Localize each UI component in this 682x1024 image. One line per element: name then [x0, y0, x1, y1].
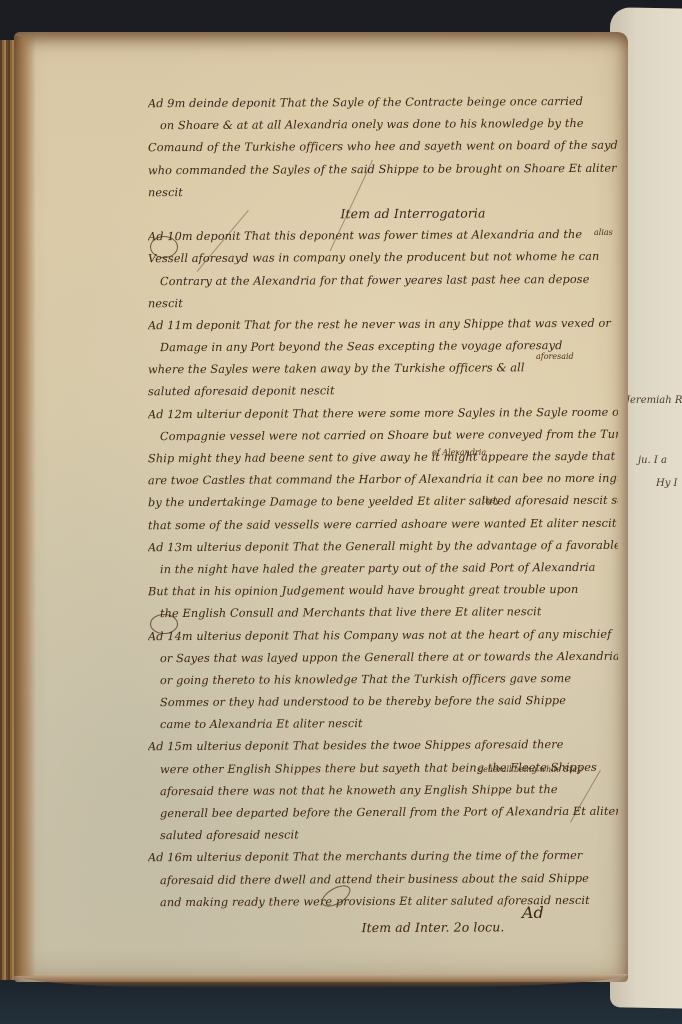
manuscript-text: Ad 9m deinde deponit That the Sayle of t… [148, 92, 618, 939]
text-line: Ad 10m deponit That this deponent was fo… [148, 224, 618, 249]
text-line: Vessell aforesayd was in company onely t… [148, 246, 618, 271]
closing-heading: Item ad Inter. 2o locu. [148, 916, 618, 941]
text-line: Compagnie vessel were not carried on Sho… [148, 424, 618, 449]
facing-page-note: Hy I [656, 478, 678, 489]
text-line: and making ready there were provisions E… [148, 890, 618, 915]
text-line: the English Consull and Merchants that l… [148, 601, 618, 626]
interlinear-note: aforesaid [536, 352, 574, 361]
section-heading: Item ad Interrogatoria [148, 202, 618, 227]
text-line: who commanded the Sayles of the said Shi… [148, 157, 618, 182]
interlinear-note: alias [594, 228, 613, 237]
text-line: Ad 13m ulterius deponit That the General… [148, 535, 618, 560]
text-line: Ad 15m ulterius deponit That besides the… [148, 734, 618, 759]
text-line: nescit [148, 290, 618, 315]
interlinear-note: generall being while Stay [478, 765, 582, 774]
facing-page-note: Jeremiah Rand [626, 395, 682, 406]
text-line: Comaund of the Turkishe officers who hee… [148, 135, 618, 160]
text-line: in the night have haled the greater part… [148, 557, 618, 582]
text-line: by the undertakinge Damage to bene yeeld… [148, 490, 618, 515]
text-line: or going thereto to his knowledge That t… [148, 668, 618, 693]
text-line: nescit [148, 180, 618, 205]
text-line: generall bee departed before the General… [148, 801, 618, 826]
text-line: aforesaid did there dwell and attend the… [148, 867, 618, 892]
text-line: are twoe Castles that command the Harbor… [148, 468, 618, 493]
text-line: But that in his opinion Judgement would … [148, 579, 618, 604]
text-line: Ad 12m ulteriur deponit That there were … [148, 401, 618, 426]
text-line: saluted aforesaid deponit nescit [148, 379, 618, 404]
facing-page-note: ju. I a [638, 455, 667, 466]
text-line: that some of the said vessells were carr… [148, 512, 618, 537]
catchword: Ad [522, 903, 544, 922]
text-line: Ad 9m deinde deponit That the Sayle of t… [148, 91, 618, 116]
text-line: saluted aforesaid nescit [148, 823, 618, 848]
text-line: Ad 16m ulterius deponit That the merchan… [148, 845, 618, 870]
text-line: aforesaid there was not that he knoweth … [148, 779, 618, 804]
page-worn-edge [14, 36, 36, 976]
text-line: Ship might they had beene sent to give a… [148, 446, 618, 471]
text-line: Contrary at the Alexandria for that fowe… [148, 268, 618, 293]
text-line: or Sayes that was layed uppon the Genera… [148, 645, 618, 670]
text-line: Ad 14m ulterius deponit That his Company… [148, 623, 618, 648]
text-line: Sommes or they had understood to be ther… [148, 690, 618, 715]
text-line: on Shoare & at at all Alexandria onely w… [148, 113, 618, 138]
interlinear-note: of Alexandria [432, 448, 486, 457]
interlinear-note: they [482, 496, 500, 505]
text-line: came to Alexandria Et aliter nescit [148, 712, 618, 737]
text-line: Ad 11m deponit That for the rest he neve… [148, 313, 618, 338]
